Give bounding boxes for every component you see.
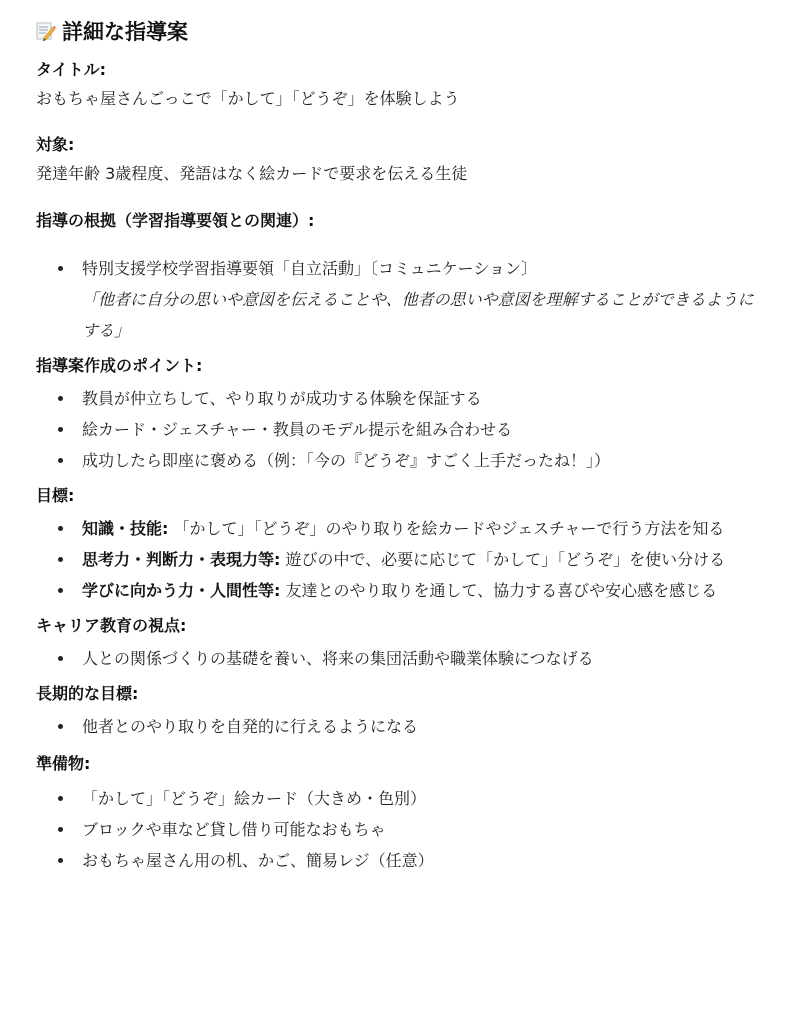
section-label-target: 対象: (36, 133, 758, 157)
memo-icon (36, 21, 56, 41)
basis-list: 特別支援学校学習指導要領「自立活動」〔コミュニケーション〕 「他者に自分の思いや… (36, 253, 758, 346)
lesson-plan-document: 詳細な指導案 タイトル: おもちゃ屋さんごっこで「かして」「どうぞ」を体験しよう… (0, 0, 794, 876)
basis-reference: 特別支援学校学習指導要領「自立活動」〔コミュニケーション〕 (82, 259, 537, 278)
list-item: 成功したら即座に褒める（例：「今の『どうぞ』すごく上手だったね！」） (72, 445, 758, 476)
target-text: 発達年齢 3歳程度、発語はなく絵カードで要求を伝える生徒 (36, 159, 758, 189)
list-item: 「かして」「どうぞ」絵カード（大きめ・色別） (72, 783, 758, 814)
longterm-list: 他者とのやり取りを自発的に行えるようになる (36, 711, 758, 742)
section-target: 対象: 発達年齢 3歳程度、発語はなく絵カードで要求を伝える生徒 (36, 133, 758, 189)
materials-list: 「かして」「どうぞ」絵カード（大きめ・色別） ブロックや車など貸し借り可能なおも… (36, 783, 758, 876)
list-item: 人との関係づくりの基礎を養い、将来の集団活動や職業体験につなげる (72, 643, 758, 674)
list-item: 学びに向かう力・人間性等: 友達とのやり取りを通して、協力する喜びや安心感を感じ… (72, 575, 758, 606)
points-list: 教員が仲立ちして、やり取りが成功する体験を保証する 絵カード・ジェスチャー・教員… (36, 383, 758, 476)
section-label-points: 指導案作成のポイント: (36, 354, 758, 378)
section-label-materials: 準備物: (36, 752, 758, 776)
goal-text: 「かして」「どうぞ」のやり取りを絵カードやジェスチャーで行う方法を知る (168, 519, 724, 538)
document-title: 詳細な指導案 (36, 14, 758, 48)
list-item: おもちゃ屋さん用の机、かご、簡易レジ（任意） (72, 845, 758, 876)
title-text: おもちゃ屋さんごっこで「かして」「どうぞ」を体験しよう (36, 84, 758, 114)
list-item: 絵カード・ジェスチャー・教員のモデル提示を組み合わせる (72, 414, 758, 445)
section-title: タイトル: おもちゃ屋さんごっこで「かして」「どうぞ」を体験しよう (36, 58, 758, 114)
section-career: キャリア教育の視点: 人との関係づくりの基礎を養い、将来の集団活動や職業体験につ… (36, 614, 758, 674)
goal-lead: 学びに向かう力・人間性等: (82, 581, 280, 600)
section-longterm: 長期的な目標: 他者とのやり取りを自発的に行えるようになる (36, 682, 758, 742)
document-title-text: 詳細な指導案 (62, 16, 188, 46)
section-label-basis: 指導の根拠（学習指導要領との関連）: (36, 209, 758, 233)
section-label-title: タイトル: (36, 58, 758, 82)
list-item: ブロックや車など貸し借り可能なおもちゃ (72, 814, 758, 845)
list-item: 思考力・判断力・表現力等: 遊びの中で、必要に応じて「かして」「どうぞ」を使い分… (72, 544, 758, 575)
goal-text: 友達とのやり取りを通して、協力する喜びや安心感を感じる (280, 581, 717, 600)
career-list: 人との関係づくりの基礎を養い、将来の集団活動や職業体験につなげる (36, 643, 758, 674)
goal-lead: 思考力・判断力・表現力等: (82, 550, 280, 569)
list-item: 知識・技能: 「かして」「どうぞ」のやり取りを絵カードやジェスチャーで行う方法を… (72, 513, 758, 544)
section-label-goals: 目標: (36, 484, 758, 508)
goal-lead: 知識・技能: (82, 519, 168, 538)
section-goals: 目標: 知識・技能: 「かして」「どうぞ」のやり取りを絵カードやジェスチャーで行… (36, 484, 758, 606)
section-materials: 準備物: 「かして」「どうぞ」絵カード（大きめ・色別） ブロックや車など貸し借り… (36, 752, 758, 876)
section-points: 指導案作成のポイント: 教員が仲立ちして、やり取りが成功する体験を保証する 絵カ… (36, 354, 758, 476)
basis-quote: 「他者に自分の思いや意図を伝えることや、他者の思いや意図を理解することができるよ… (82, 284, 758, 346)
section-label-career: キャリア教育の視点: (36, 614, 758, 638)
goals-list: 知識・技能: 「かして」「どうぞ」のやり取りを絵カードやジェスチャーで行う方法を… (36, 513, 758, 606)
list-item: 教員が仲立ちして、やり取りが成功する体験を保証する (72, 383, 758, 414)
list-item: 特別支援学校学習指導要領「自立活動」〔コミュニケーション〕 「他者に自分の思いや… (72, 253, 758, 346)
goal-text: 遊びの中で、必要に応じて「かして」「どうぞ」を使い分ける (280, 550, 725, 569)
section-label-longterm: 長期的な目標: (36, 682, 758, 706)
section-basis: 指導の根拠（学習指導要領との関連）: 特別支援学校学習指導要領「自立活動」〔コミ… (36, 209, 758, 346)
list-item: 他者とのやり取りを自発的に行えるようになる (72, 711, 758, 742)
